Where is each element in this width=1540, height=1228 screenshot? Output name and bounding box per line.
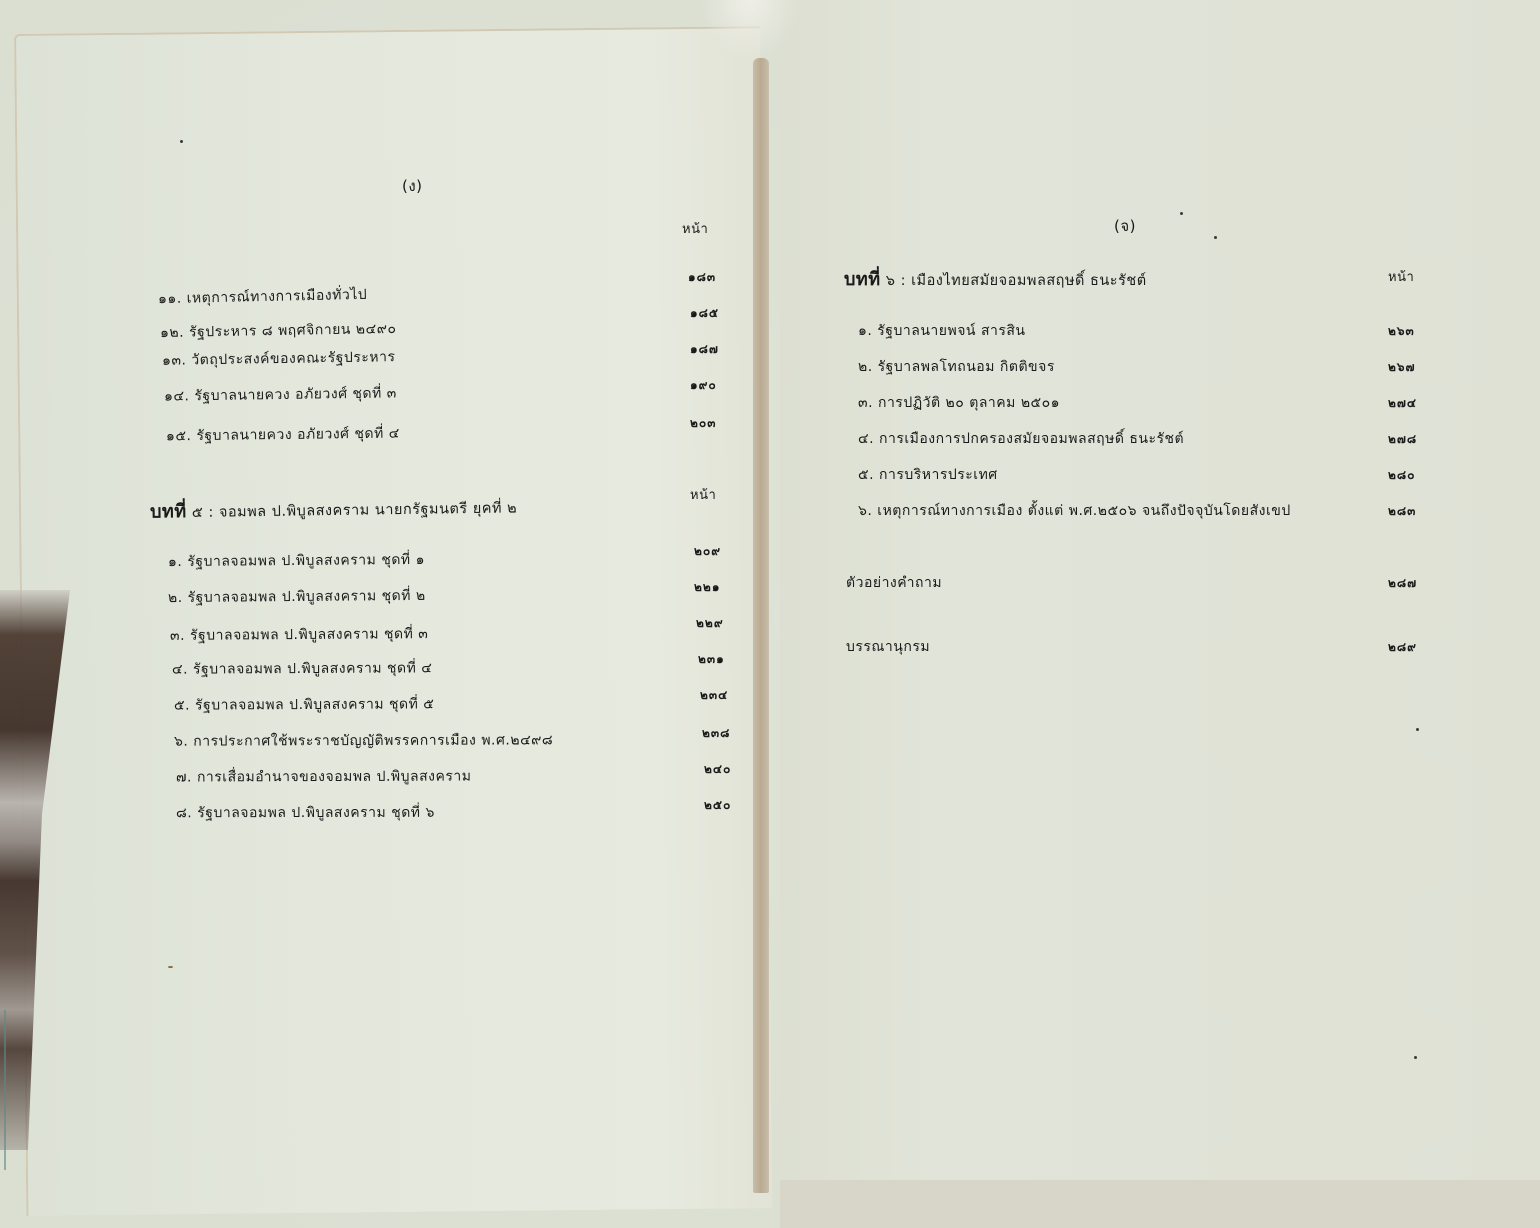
toc-item-page: ๒๓๑: [698, 650, 725, 669]
toc-item-page: ๒๓๘: [702, 724, 730, 743]
toc-item-label: ๘. รัฐบาลจอมพล ป.พิบูลสงคราม ชุดที่ ๖: [176, 802, 435, 824]
toc-item-label: ๔. รัฐบาลจอมพล ป.พิบูลสงคราม ชุดที่ ๔: [172, 657, 432, 680]
chapter-prefix: บทที่: [844, 269, 881, 290]
toc-item-label: ตัวอย่างคำถาม: [846, 572, 942, 594]
toc-item-page: ๒๓๔: [700, 686, 728, 705]
toc-item-page: ๒๖๗: [1388, 358, 1416, 377]
paper-speck: [1214, 236, 1217, 239]
paper-speck: [180, 140, 183, 143]
toc-item-label: ๖. เหตุการณ์ทางการเมือง ตั้งแต่ พ.ศ.๒๕๐๖…: [858, 500, 1291, 522]
paper-speck: [1416, 728, 1419, 731]
chapter-title: บทที่ ๖ : เมืองไทยสมัยจอมพลสฤษดิ์ ธนะรัช…: [844, 264, 1147, 293]
spine-highlight: [700, 0, 800, 60]
toc-item-page: ๒๗๔: [1388, 394, 1417, 413]
paper-speck: [168, 966, 173, 968]
page-column-header: หน้า: [682, 218, 708, 239]
toc-item-label: ๑. รัฐบาลจอมพล ป.พิบูลสงคราม ชุดที่ ๑: [168, 549, 425, 573]
toc-item-page: ๒๘๐: [1388, 466, 1416, 485]
page-column-header: หน้า: [690, 484, 716, 505]
toc-item-label: ๕. การบริหารประเทศ: [858, 464, 998, 486]
left-page-paper: [14, 26, 772, 1216]
toc-item-page: ๒๘๓: [1388, 502, 1416, 521]
toc-item-label: ๑๒. รัฐประหาร ๘ พฤศจิกายน ๒๔๙๐: [160, 318, 397, 344]
page-bottom-edge: [780, 1180, 1540, 1228]
toc-item-page: ๒๔๐: [704, 760, 731, 779]
book-spine: [753, 58, 769, 1193]
toc-item-page: ๒๒๙: [696, 614, 724, 633]
toc-item-page: ๒๗๘: [1388, 430, 1417, 449]
toc-item-label: ๕. รัฐบาลจอมพล ป.พิบูลสงคราม ชุดที่ ๕: [174, 693, 434, 716]
paper-speck: [1180, 212, 1183, 215]
toc-item-label: ๑. รัฐบาลนายพจน์ สารสิน: [858, 320, 1026, 342]
toc-item-page: ๑๘๕: [690, 304, 719, 323]
toc-item-page: ๑๙๐: [690, 376, 717, 395]
toc-item-page: ๑๘๗: [690, 340, 719, 359]
page-marker-left: (ง): [402, 174, 423, 198]
toc-item-label: ๑๕. รัฐบาลนายควง อภัยวงศ์ ชุดที่ ๔: [166, 423, 400, 448]
right-page-paper: [780, 0, 1540, 1190]
toc-item-label: ๒. รัฐบาลพลโทถนอม กิตติขจร: [858, 356, 1055, 378]
toc-item-label: ๔. การเมืองการปกครองสมัยจอมพลสฤษดิ์ ธนะร…: [858, 428, 1184, 450]
chapter-title-text: ๖ : เมืองไทยสมัยจอมพลสฤษดิ์ ธนะรัชต์: [881, 273, 1147, 289]
toc-item-page: ๒๐๙: [694, 542, 721, 561]
toc-item-page: ๒๘๙: [1388, 638, 1417, 657]
page-column-header: หน้า: [1388, 266, 1414, 287]
chapter-prefix: บทที่: [150, 501, 187, 523]
paper-speck: [1414, 1056, 1417, 1059]
toc-item-page: ๒๕๐: [704, 796, 731, 815]
toc-item-label: ๗. การเสื่อมอำนาจของจอมพล ป.พิบูลสงคราม: [176, 765, 472, 788]
toc-item-page: ๒๒๑: [694, 578, 720, 597]
chapter-title: บทที่ ๕ : จอมพล ป.พิบูลสงคราม นายกรัฐมนต…: [150, 491, 518, 525]
toc-item-label: ๓. รัฐบาลจอมพล ป.พิบูลสงคราม ชุดที่ ๓: [170, 623, 428, 647]
toc-item-label: ๓. การปฏิวัติ ๒๐ ตุลาคม ๒๕๐๑: [858, 392, 1060, 414]
toc-item-label: บรรณานุกรม: [846, 636, 930, 658]
toc-item-page: ๒๐๓: [690, 414, 716, 433]
left-edge-mark: [4, 1010, 6, 1170]
toc-item-page: ๒๘๗: [1388, 574, 1417, 593]
toc-item-label: ๒. รัฐบาลจอมพล ป.พิบูลสงคราม ชุดที่ ๒: [168, 585, 426, 609]
toc-item-label: ๖. การประกาศใช้พระราชบัญญัติพรรคการเมือง…: [174, 729, 553, 752]
chapter-title-text: ๕ : จอมพล ป.พิบูลสงคราม นายกรัฐมนตรี ยุค…: [187, 500, 518, 521]
page-marker-right: (จ): [1114, 214, 1136, 238]
toc-item-page: ๒๖๓: [1388, 322, 1415, 341]
toc-item-label: ๑๓. วัตถุประสงค์ของคณะรัฐประหาร: [162, 346, 396, 372]
toc-item-label: ๑๑. เหตุการณ์ทางการเมืองทั่วไป: [158, 284, 368, 310]
toc-item-label: ๑๔. รัฐบาลนายควง อภัยวงศ์ ชุดที่ ๓: [164, 382, 397, 407]
toc-item-page: ๑๘๓: [688, 268, 716, 287]
